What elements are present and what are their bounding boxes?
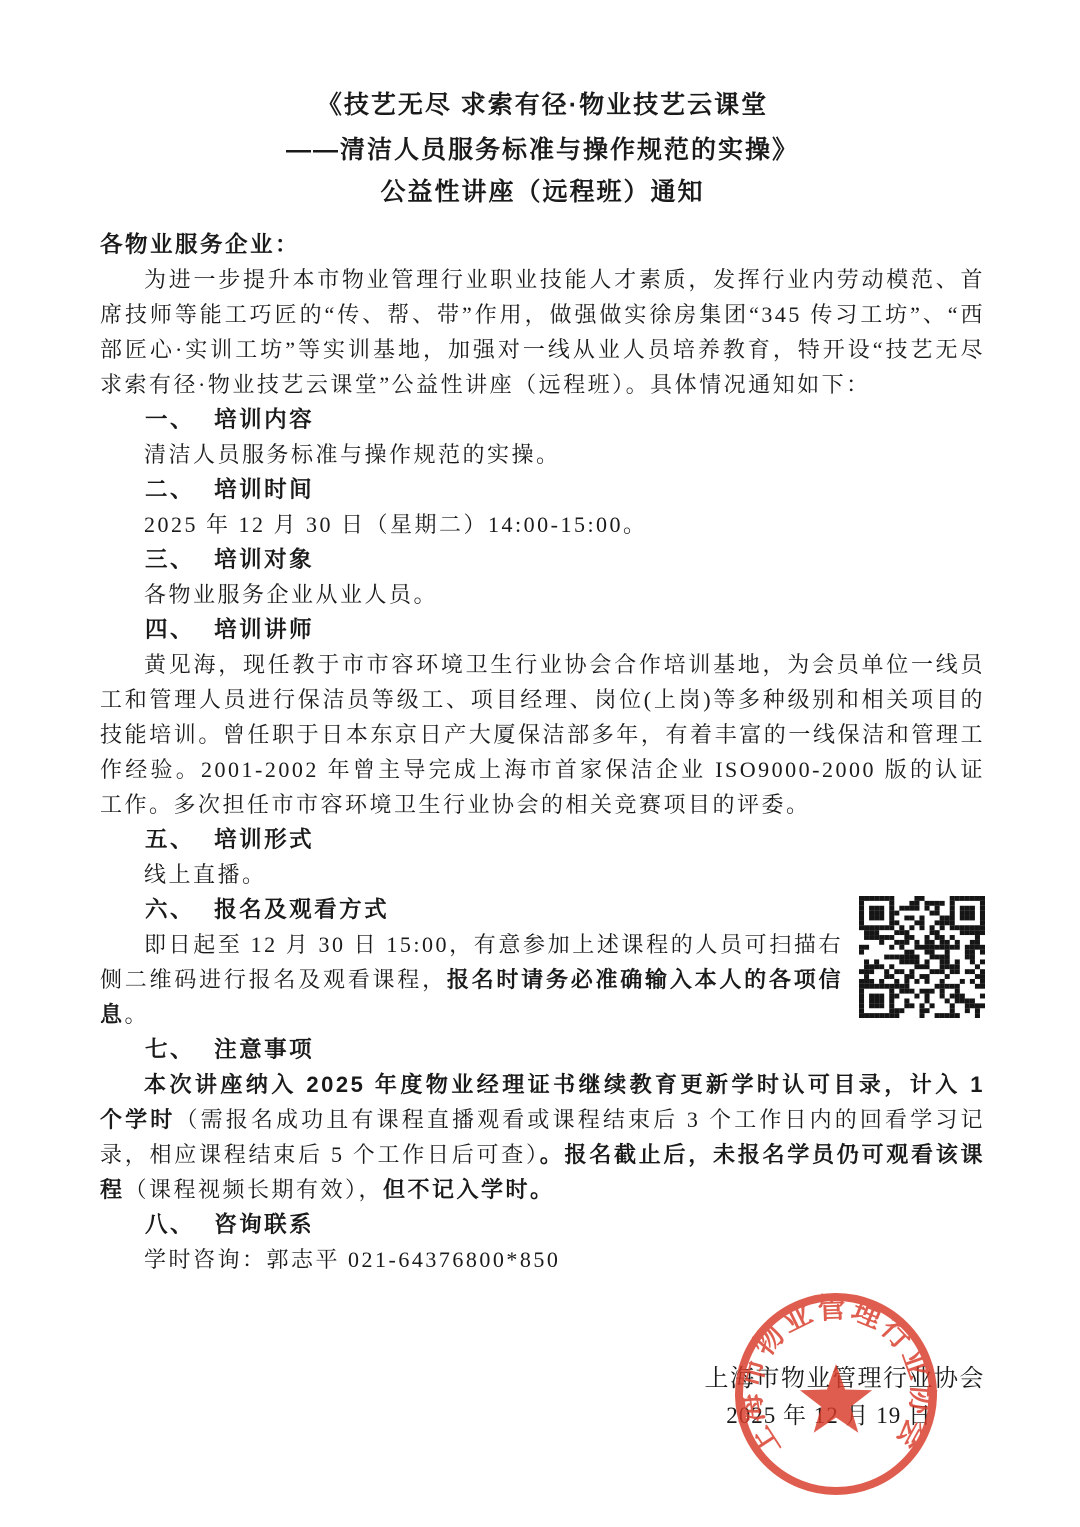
official-red-seal: 上海市物业管理行业协会 (730, 1290, 942, 1502)
section-body-training-format: 线上直播。 (100, 857, 985, 892)
section-title: 咨询联系 (214, 1212, 314, 1237)
section-body-training-content: 清洁人员服务标准与操作规范的实操。 (100, 437, 985, 472)
section-body-notes: 本次讲座纳入 2025 年度物业经理证书继续教育更新学时认可目录，计入 1 个学… (100, 1067, 985, 1207)
section-body-training-audience: 各物业服务企业从业人员。 (100, 577, 985, 612)
section-heading-training-format: 五、培训形式 (100, 822, 985, 857)
section-heading-notes: 七、注意事项 (100, 1032, 985, 1067)
section-title: 注意事项 (214, 1037, 314, 1062)
intro-paragraph: 为进一步提升本市物业管理行业职业技能人才素质，发挥行业内劳动模范、首席技师等能工… (100, 262, 985, 402)
registration-qr-code (859, 896, 985, 1018)
document-content: 《技艺无尽 求索有径·物业技艺云课堂 ——清洁人员服务标准与操作规范的实操》 公… (0, 0, 1080, 1277)
section-heading-training-time: 二、培训时间 (100, 472, 985, 507)
section-number: 四、 (145, 617, 195, 642)
salutation: 各物业服务企业： (100, 227, 985, 262)
section-heading-registration: 六、报名及观看方式 (100, 892, 985, 927)
issuer-organization: 上海市物业管理行业协会 (705, 1358, 986, 1393)
section-heading-training-content: 一、培训内容 (100, 402, 985, 437)
section-heading-contact: 八、咨询联系 (100, 1207, 985, 1242)
section-title: 培训对象 (214, 547, 314, 572)
document-title: 《技艺无尽 求索有径·物业技艺云课堂 ——清洁人员服务标准与操作规范的实操》 公… (100, 84, 985, 213)
section-title: 报名及观看方式 (214, 897, 389, 922)
seal-ring (739, 1297, 933, 1491)
section-number: 七、 (145, 1037, 195, 1062)
section-heading-training-audience: 三、培训对象 (100, 542, 985, 577)
section-title: 培训内容 (214, 407, 314, 432)
section-body-registration: 即日起至 12 月 30 日 15:00，有意参加上述课程的人员可扫描右侧二维码… (100, 927, 985, 1032)
title-line-3: 公益性讲座（远程班）通知 (100, 171, 985, 213)
issue-date: 2025 年 12 月 19 日 (726, 1397, 932, 1430)
section-body-contact: 学时咨询：郭志平 021-64376800*850 (100, 1242, 985, 1277)
section-number: 三、 (145, 547, 195, 572)
title-line-1: 《技艺无尽 求索有径·物业技艺云课堂 (100, 84, 985, 126)
notice-document-page: 《技艺无尽 求索有径·物业技艺云课堂 ——清洁人员服务标准与操作规范的实操》 公… (0, 0, 1080, 1527)
section-title: 培训时间 (214, 477, 314, 502)
section-number: 八、 (145, 1212, 195, 1237)
section-title: 培训讲师 (214, 617, 314, 642)
section-number: 六、 (145, 897, 195, 922)
section-body-trainer: 黄见海，现任教于市市容环境卫生行业协会合作培训基地，为会员单位一线员工和管理人员… (100, 647, 985, 822)
section-body-training-time: 2025 年 12 月 30 日（星期二）14:00-15:00。 (100, 507, 985, 542)
title-line-2: ——清洁人员服务标准与操作规范的实操》 (100, 129, 985, 171)
section-title: 培训形式 (214, 827, 314, 852)
section-number: 五、 (145, 827, 195, 852)
section-number: 二、 (145, 477, 195, 502)
section-number: 一、 (145, 407, 195, 432)
section-heading-trainer: 四、培训讲师 (100, 612, 985, 647)
